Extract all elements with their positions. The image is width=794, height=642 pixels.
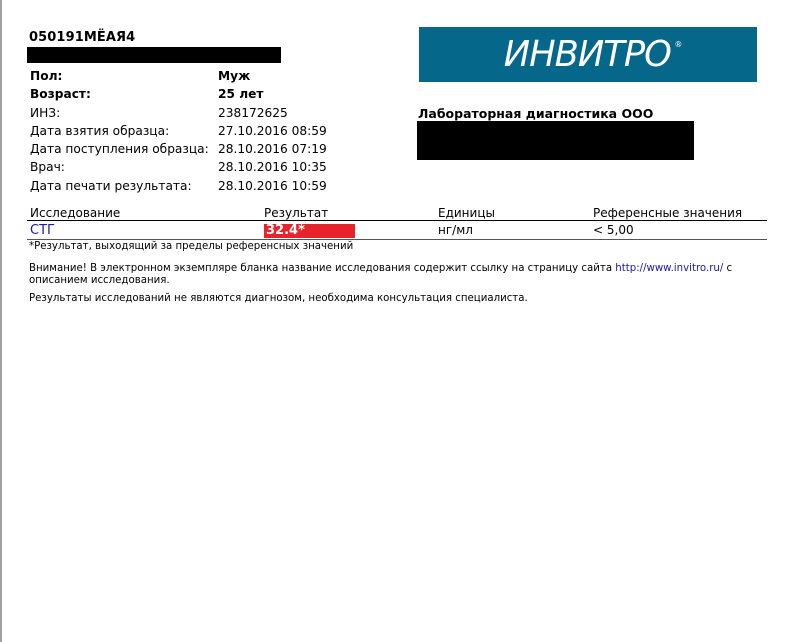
invitro-logo: ИНВИТРО ® bbox=[419, 27, 757, 82]
order-id: 050191МЁАЯ4 bbox=[29, 30, 135, 45]
lab-name: Лабораторная диагностика ООО bbox=[418, 106, 653, 121]
table-row: СТГ 32.4* нг/мл < 5,00 bbox=[27, 221, 767, 240]
info-row-doctor: Врач: 28.10.2016 10:35 bbox=[30, 158, 327, 176]
redacted-lab-address bbox=[417, 121, 694, 160]
test-name-link[interactable]: СТГ bbox=[30, 223, 55, 238]
result-value-flagged: 32.4* bbox=[264, 224, 355, 238]
col-header-units: Единицы bbox=[438, 206, 593, 220]
info-value: 28.10.2016 07:19 bbox=[218, 140, 327, 158]
disclaimer-text: Результаты исследований не являются диаг… bbox=[29, 293, 528, 304]
logo-text: ИНВИТРО bbox=[503, 34, 670, 75]
out-of-range-footnote: *Результат, выходящий за пределы референ… bbox=[29, 241, 353, 252]
info-value: 238172625 bbox=[218, 104, 288, 122]
reference-cell: < 5,00 bbox=[593, 221, 767, 239]
info-label: Врач: bbox=[30, 158, 218, 176]
info-row-received-date: Дата поступления образца: 28.10.2016 07:… bbox=[30, 140, 327, 158]
info-value: 28.10.2016 10:59 bbox=[218, 177, 327, 195]
info-row-age: Возраст: 25 лет bbox=[30, 85, 327, 103]
info-label: Дата поступления образца: bbox=[30, 140, 218, 158]
registered-mark-icon: ® bbox=[674, 40, 682, 49]
info-value: 28.10.2016 10:35 bbox=[218, 158, 327, 176]
table-header: Исследование Результат Единицы Референсн… bbox=[27, 206, 767, 221]
col-header-test: Исследование bbox=[27, 206, 264, 220]
info-row-inz: ИНЗ: 238172625 bbox=[30, 104, 327, 122]
info-label: Возраст: bbox=[30, 85, 218, 103]
col-header-reference: Референсные значения bbox=[593, 206, 767, 220]
info-row-sample-date: Дата взятия образца: 27.10.2016 08:59 bbox=[30, 122, 327, 140]
page-left-border bbox=[0, 0, 2, 642]
info-row-sex: Пол: Муж bbox=[30, 67, 327, 85]
info-label: Дата взятия образца: bbox=[30, 122, 218, 140]
col-header-result: Результат bbox=[264, 206, 438, 220]
info-label: Пол: bbox=[30, 67, 218, 85]
info-value: 27.10.2016 08:59 bbox=[218, 122, 327, 140]
results-table: Исследование Результат Единицы Референсн… bbox=[27, 206, 767, 240]
patient-info: Пол: Муж Возраст: 25 лет ИНЗ: 238172625 … bbox=[30, 67, 327, 195]
info-label: ИНЗ: bbox=[30, 104, 218, 122]
info-row-print-date: Дата печати результата: 28.10.2016 10:59 bbox=[30, 177, 327, 195]
redacted-patient-name bbox=[27, 47, 281, 63]
info-label: Дата печати результата: bbox=[30, 177, 218, 195]
notice-before-link: Внимание! В электронном экземпляре бланк… bbox=[29, 263, 615, 274]
invitro-site-link[interactable]: http://www.invitro.ru/ bbox=[615, 263, 723, 274]
units-cell: нг/мл bbox=[438, 221, 593, 239]
info-value: Муж bbox=[218, 67, 250, 85]
notice-text: Внимание! В электронном экземпляре бланк… bbox=[29, 263, 769, 286]
info-value: 25 лет bbox=[218, 85, 263, 103]
